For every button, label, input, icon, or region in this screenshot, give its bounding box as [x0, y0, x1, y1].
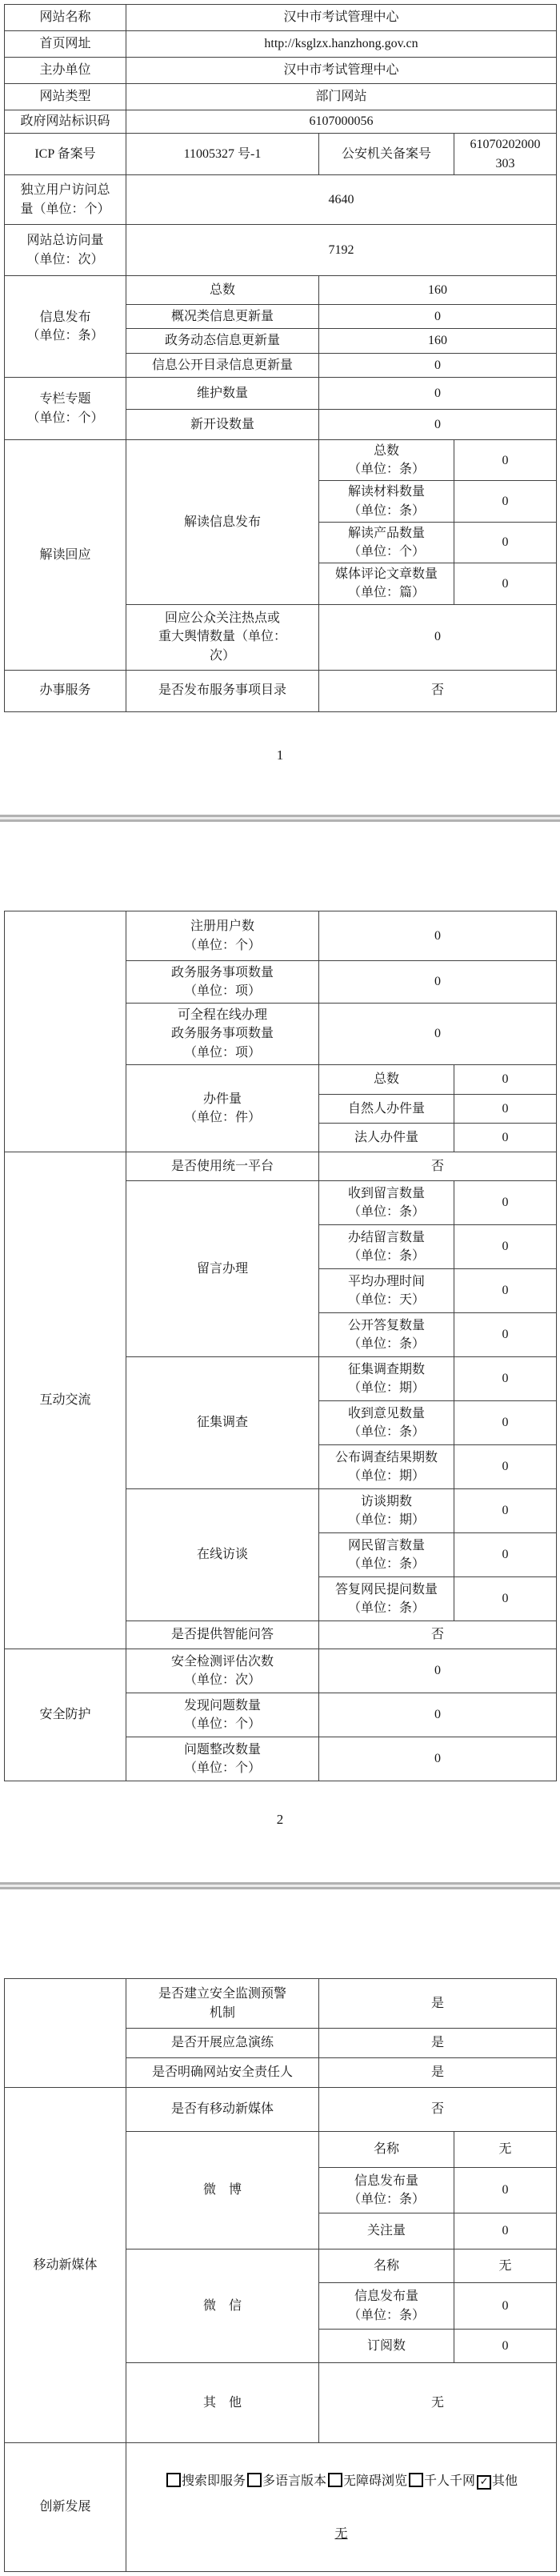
site-name-label-cell: 网站名称	[5, 5, 126, 31]
security-found-value-cell: 0	[319, 1693, 557, 1737]
interview-replies-value-cell: 0	[454, 1577, 557, 1621]
online-items-value-cell: 0	[319, 1004, 557, 1065]
weibo-followers-label-cell: 关注量	[319, 2213, 454, 2249]
page-separator-1	[0, 815, 560, 822]
service-group-cell: 办事服务	[5, 670, 126, 711]
info-publish-group-cell: 信息发布 （单位：条）	[5, 276, 126, 378]
message-public-reply-value-cell: 0	[454, 1313, 557, 1357]
security-assess-label-cell: 安全检测评估次数 （单位：次）	[126, 1649, 319, 1693]
interpret-publish-group-cell: 解读信息发布	[126, 440, 319, 605]
weibo-pub-value-cell: 0	[454, 2168, 557, 2213]
option-personalized-label: 千人千网	[424, 2474, 475, 2488]
new-media-group-cell: 移动新媒体	[5, 2088, 126, 2443]
info-gov-news-label-cell: 政务动态信息更新量	[126, 329, 319, 354]
reg-users-value-cell: 0	[319, 911, 557, 961]
interview-replies-label-cell: 答复网民提问数量 （单位：条）	[319, 1577, 454, 1621]
smart-qa-label-cell: 是否提供智能问答	[126, 1621, 319, 1649]
survey-periods-value-cell: 0	[454, 1357, 557, 1401]
page-separator-2	[0, 1882, 560, 1889]
option-multilingual-label: 多语言版本	[262, 2474, 326, 2488]
info-directory-value-cell: 0	[319, 354, 557, 378]
volume-legal-label-cell: 法人办件量	[319, 1124, 454, 1152]
security-drill-value-cell: 是	[319, 2029, 557, 2058]
security-group-cell: 安全防护	[5, 1649, 126, 1781]
info-overview-label-cell: 概况类信息更新量	[126, 305, 319, 329]
interpret-hotspot-value-cell: 0	[319, 604, 557, 670]
message-received-label-cell: 收到留言数量 （单位：条）	[319, 1181, 454, 1225]
security-drill-label-cell: 是否开展应急演练	[126, 2029, 319, 2058]
interpret-total-value-cell: 0	[454, 440, 557, 481]
sponsor-label-cell: 主办单位	[5, 58, 126, 84]
weibo-name-value-cell: 无	[454, 2132, 557, 2168]
security-fixed-label-cell: 问题整改数量 （单位：个）	[126, 1737, 319, 1781]
innovation-options-cell: 搜索即服务多语言版本无障碍浏览千人千网✓其他 无	[126, 2443, 557, 2572]
info-total-value-cell: 160	[319, 276, 557, 305]
innovation-options-line: 搜索即服务多语言版本无障碍浏览千人千网✓其他	[130, 2463, 553, 2500]
columns-new-label-cell: 新开设数量	[126, 410, 319, 440]
report-table-page-1: 网站名称 汉中市考试管理中心 首页网址 http://ksglzx.hanzho…	[4, 4, 557, 712]
security-monitor-label-cell: 是否建立安全监测预警 机制	[126, 1979, 319, 2029]
security-officer-value-cell: 是	[319, 2058, 557, 2088]
other-media-label-cell: 其 他	[126, 2363, 319, 2443]
interaction-group-cell: 互动交流	[5, 1152, 126, 1649]
unified-platform-label-cell: 是否使用统一平台	[126, 1152, 319, 1181]
smart-qa-value-cell: 否	[319, 1621, 557, 1649]
info-overview-value-cell: 0	[319, 305, 557, 329]
site-type-value-cell: 部门网站	[126, 84, 557, 110]
info-gov-news-value-cell: 160	[319, 329, 557, 354]
page-number-2: 2	[0, 1812, 560, 1828]
option-other-label: 其他	[492, 2474, 518, 2488]
message-group-cell: 留言办理	[126, 1181, 319, 1357]
sponsor-value-cell: 汉中市考试管理中心	[126, 58, 557, 84]
service-items-value-cell: 0	[319, 961, 557, 1004]
checkbox-other-icon: ✓	[477, 2475, 491, 2490]
survey-opinions-value-cell: 0	[454, 1401, 557, 1445]
checkbox-accessibility-icon	[328, 2473, 342, 2487]
wechat-group-cell: 微 信	[126, 2249, 319, 2363]
option-accessibility-label: 无障碍浏览	[343, 2474, 407, 2488]
security-continued-group-cell	[5, 1979, 126, 2088]
interpret-product-value-cell: 0	[454, 522, 557, 563]
site-id-value-cell: 6107000056	[126, 110, 557, 134]
columns-new-value-cell: 0	[319, 410, 557, 440]
survey-periods-label-cell: 征集调查期数 （单位：期）	[319, 1357, 454, 1401]
security-assess-value-cell: 0	[319, 1649, 557, 1693]
interpret-product-label-cell: 解读产品数量 （单位：个）	[319, 522, 454, 563]
home-url-value-cell: http://ksglzx.hanzhong.gov.cn	[126, 31, 557, 58]
page-number-1: 1	[0, 747, 560, 763]
security-monitor-value-cell: 是	[319, 1979, 557, 2029]
message-public-reply-label-cell: 公开答复数量 （单位：条）	[319, 1313, 454, 1357]
unified-platform-value-cell: 否	[319, 1152, 557, 1181]
survey-opinions-label-cell: 收到意见数量 （单位：条）	[319, 1401, 454, 1445]
interpret-material-value-cell: 0	[454, 481, 557, 522]
total-visits-label-cell: 网站总访问量 （单位：次）	[5, 225, 126, 276]
report-table-page-3: 是否建立安全监测预警 机制 是 是否开展应急演练 是 是否明确网站安全责任人 是…	[4, 1978, 557, 2572]
volume-group-cell: 办件量 （单位：件）	[126, 1065, 319, 1152]
reg-users-label-cell: 注册用户数 （单位：个）	[126, 911, 319, 961]
checkbox-multilingual-icon	[247, 2473, 262, 2487]
security-officer-label-cell: 是否明确网站安全责任人	[126, 2058, 319, 2088]
police-record-value-cell: 61070202000 303	[454, 134, 557, 175]
icp-label-cell: ICP 备案号	[5, 134, 126, 175]
police-record-label-cell: 公安机关备案号	[319, 134, 454, 175]
has-new-media-value-cell: 否	[319, 2088, 557, 2132]
weibo-group-cell: 微 博	[126, 2132, 319, 2249]
weibo-pub-label-cell: 信息发布量 （单位：条）	[319, 2168, 454, 2213]
wechat-subs-value-cell: 0	[454, 2330, 557, 2363]
interview-periods-value-cell: 0	[454, 1489, 557, 1533]
unique-visitors-value-cell: 4640	[126, 175, 557, 225]
interpret-hotspot-label-cell: 回应公众关注热点或 重大舆情数量（单位： 次）	[126, 604, 319, 670]
wechat-pub-value-cell: 0	[454, 2283, 557, 2330]
unique-visitors-label-cell: 独立用户访问总 量（单位：个）	[5, 175, 126, 225]
interpret-group-cell: 解读回应	[5, 440, 126, 671]
interpret-media-value-cell: 0	[454, 563, 557, 604]
report-table-page-2: 注册用户数 （单位：个） 0 政务服务事项数量 （单位：项） 0 可全程在线办理…	[4, 911, 557, 1781]
site-type-label-cell: 网站类型	[5, 84, 126, 110]
volume-total-label-cell: 总数	[319, 1065, 454, 1095]
service-continued-group-cell	[5, 911, 126, 1152]
columns-group-cell: 专栏专题 （单位：个）	[5, 378, 126, 440]
service-items-label-cell: 政务服务事项数量 （单位：项）	[126, 961, 319, 1004]
volume-total-value-cell: 0	[454, 1065, 557, 1095]
volume-legal-value-cell: 0	[454, 1124, 557, 1152]
message-avg-time-value-cell: 0	[454, 1269, 557, 1313]
wechat-name-value-cell: 无	[454, 2249, 557, 2283]
message-done-value-cell: 0	[454, 1225, 557, 1269]
site-id-label-cell: 政府网站标识码	[5, 110, 126, 134]
wechat-name-label-cell: 名称	[319, 2249, 454, 2283]
interpret-material-label-cell: 解读材料数量 （单位：条）	[319, 481, 454, 522]
has-new-media-label-cell: 是否有移动新媒体	[126, 2088, 319, 2132]
online-items-label-cell: 可全程在线办理 政务服务事项数量 （单位：项）	[126, 1004, 319, 1065]
info-total-label-cell: 总数	[126, 276, 319, 305]
interpret-media-label-cell: 媒体评论文章数量 （单位：篇）	[319, 563, 454, 604]
interview-group-cell: 在线访谈	[126, 1489, 319, 1621]
service-catalog-label-cell: 是否发布服务事项目录	[126, 670, 319, 711]
option-search-service-label: 搜索即服务	[182, 2474, 246, 2488]
survey-group-cell: 征集调查	[126, 1357, 319, 1489]
info-directory-label-cell: 信息公开目录信息更新量	[126, 354, 319, 378]
interview-periods-label-cell: 访谈期数 （单位：期）	[319, 1489, 454, 1533]
checkbox-personalized-icon	[409, 2473, 423, 2487]
interview-messages-value-cell: 0	[454, 1533, 557, 1577]
columns-maintain-label-cell: 维护数量	[126, 378, 319, 410]
wechat-subs-label-cell: 订阅数	[319, 2330, 454, 2363]
innovation-group-cell: 创新发展	[5, 2443, 126, 2572]
security-found-label-cell: 发现问题数量 （单位：个）	[126, 1693, 319, 1737]
interpret-total-label-cell: 总数 （单位：条）	[319, 440, 454, 481]
volume-person-label-cell: 自然人办件量	[319, 1095, 454, 1124]
interview-messages-label-cell: 网民留言数量 （单位：条）	[319, 1533, 454, 1577]
other-media-value-cell: 无	[319, 2363, 557, 2443]
volume-person-value-cell: 0	[454, 1095, 557, 1124]
total-visits-value-cell: 7192	[126, 225, 557, 276]
service-catalog-value-cell: 否	[319, 670, 557, 711]
wechat-pub-label-cell: 信息发布量 （单位：条）	[319, 2283, 454, 2330]
survey-results-label-cell: 公布调查结果期数 （单位：期）	[319, 1445, 454, 1489]
home-url-label-cell: 首页网址	[5, 31, 126, 58]
innovation-other-text: 无	[130, 2518, 553, 2550]
report-document: 网站名称 汉中市考试管理中心 首页网址 http://ksglzx.hanzho…	[0, 0, 560, 2576]
site-name-value-cell: 汉中市考试管理中心	[126, 5, 557, 31]
icp-value-cell: 11005327 号-1	[126, 134, 319, 175]
weibo-followers-value-cell: 0	[454, 2213, 557, 2249]
weibo-name-label-cell: 名称	[319, 2132, 454, 2168]
columns-maintain-value-cell: 0	[319, 378, 557, 410]
survey-results-value-cell: 0	[454, 1445, 557, 1489]
message-avg-time-label-cell: 平均办理时间 （单位：天）	[319, 1269, 454, 1313]
checkbox-search-service-icon	[166, 2473, 181, 2487]
security-fixed-value-cell: 0	[319, 1737, 557, 1781]
message-received-value-cell: 0	[454, 1181, 557, 1225]
message-done-label-cell: 办结留言数量 （单位：条）	[319, 1225, 454, 1269]
